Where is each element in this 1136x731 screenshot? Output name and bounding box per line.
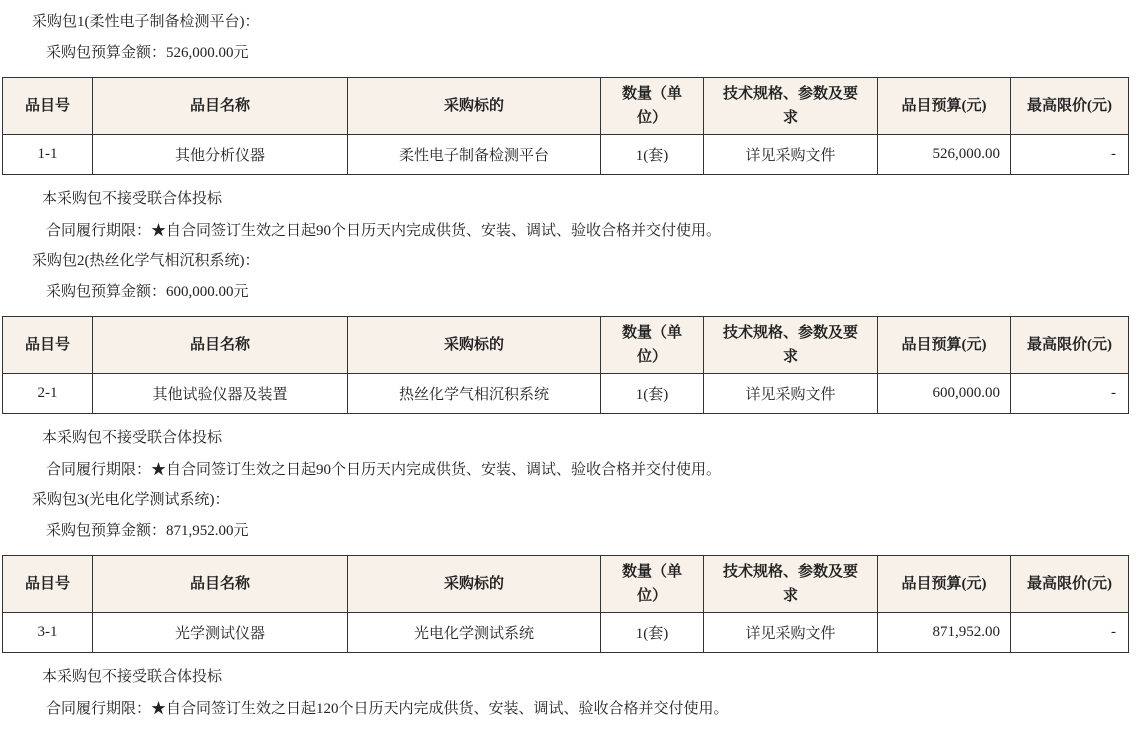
table-header-row: 品目号 品目名称 采购标的 数量（单位） 技术规格、参数及要求 品目预算(元) … bbox=[3, 317, 1129, 374]
cell-max-price: - bbox=[1011, 613, 1129, 653]
col-header-qty: 数量（单位） bbox=[601, 78, 704, 135]
items-table: 品目号 品目名称 采购标的 数量（单位） 技术规格、参数及要求 品目预算(元) … bbox=[2, 555, 1129, 653]
col-header-max-price: 最高限价(元) bbox=[1011, 317, 1129, 374]
table-row: 1-1 其他分析仪器 柔性电子制备检测平台 1(套) 详见采购文件 526,00… bbox=[3, 135, 1129, 175]
table-row: 2-1 其他试验仪器及装置 热丝化学气相沉积系统 1(套) 详见采购文件 600… bbox=[3, 374, 1129, 414]
col-header-subject: 采购标的 bbox=[348, 317, 601, 374]
note-contract-period: 合同履行期限：★自合同签订生效之日起120个日历天内完成供货、安装、调试、验收合… bbox=[46, 699, 1136, 719]
col-header-max-price: 最高限价(元) bbox=[1011, 78, 1129, 135]
note-contract-period: 合同履行期限：★自合同签订生效之日起90个日历天内完成供货、安装、调试、验收合格… bbox=[46, 221, 1136, 241]
col-header-qty: 数量（单位） bbox=[601, 556, 704, 613]
package-title: 采购包2(热丝化学气相沉积系统)： bbox=[32, 251, 1136, 271]
cell-max-price: - bbox=[1011, 374, 1129, 414]
cell-budget: 526,000.00 bbox=[878, 135, 1011, 175]
package-budget: 采购包预算金额：871,952.00元 bbox=[46, 521, 1136, 541]
package-section-3: 采购包3(光电化学测试系统)： 采购包预算金额：871,952.00元 品目号 … bbox=[0, 490, 1136, 719]
note-consortium: 本采购包不接受联合体投标 bbox=[42, 428, 1136, 448]
col-header-budget: 品目预算(元) bbox=[878, 556, 1011, 613]
package-title: 采购包3(光电化学测试系统)： bbox=[32, 490, 1136, 510]
package-title: 采购包1(柔性电子制备检测平台)： bbox=[32, 12, 1136, 32]
cell-spec: 详见采购文件 bbox=[704, 374, 878, 414]
items-table: 品目号 品目名称 采购标的 数量（单位） 技术规格、参数及要求 品目预算(元) … bbox=[2, 316, 1129, 414]
cell-item-no: 2-1 bbox=[3, 374, 93, 414]
cell-qty: 1(套) bbox=[601, 135, 704, 175]
package-budget: 采购包预算金额：526,000.00元 bbox=[46, 43, 1136, 63]
note-consortium: 本采购包不接受联合体投标 bbox=[42, 667, 1136, 687]
cell-max-price: - bbox=[1011, 135, 1129, 175]
col-header-budget: 品目预算(元) bbox=[878, 317, 1011, 374]
table-header-row: 品目号 品目名称 采购标的 数量（单位） 技术规格、参数及要求 品目预算(元) … bbox=[3, 78, 1129, 135]
items-table: 品目号 品目名称 采购标的 数量（单位） 技术规格、参数及要求 品目预算(元) … bbox=[2, 77, 1129, 175]
col-header-subject: 采购标的 bbox=[348, 556, 601, 613]
col-header-spec: 技术规格、参数及要求 bbox=[704, 317, 878, 374]
col-header-item-no: 品目号 bbox=[3, 78, 93, 135]
cell-spec: 详见采购文件 bbox=[704, 135, 878, 175]
col-header-subject: 采购标的 bbox=[348, 78, 601, 135]
cell-budget: 600,000.00 bbox=[878, 374, 1011, 414]
col-header-spec: 技术规格、参数及要求 bbox=[704, 556, 878, 613]
cell-spec: 详见采购文件 bbox=[704, 613, 878, 653]
cell-item-name: 其他试验仪器及装置 bbox=[93, 374, 348, 414]
table-row: 3-1 光学测试仪器 光电化学测试系统 1(套) 详见采购文件 871,952.… bbox=[3, 613, 1129, 653]
col-header-item-name: 品目名称 bbox=[93, 556, 348, 613]
col-header-max-price: 最高限价(元) bbox=[1011, 556, 1129, 613]
cell-qty: 1(套) bbox=[601, 613, 704, 653]
cell-item-name: 光学测试仪器 bbox=[93, 613, 348, 653]
package-section-2: 采购包2(热丝化学气相沉积系统)： 采购包预算金额：600,000.00元 品目… bbox=[0, 251, 1136, 480]
col-header-spec: 技术规格、参数及要求 bbox=[704, 78, 878, 135]
cell-qty: 1(套) bbox=[601, 374, 704, 414]
col-header-item-no: 品目号 bbox=[3, 556, 93, 613]
cell-budget: 871,952.00 bbox=[878, 613, 1011, 653]
cell-item-no: 1-1 bbox=[3, 135, 93, 175]
cell-item-name: 其他分析仪器 bbox=[93, 135, 348, 175]
note-contract-period: 合同履行期限：★自合同签订生效之日起90个日历天内完成供货、安装、调试、验收合格… bbox=[46, 460, 1136, 480]
cell-subject: 热丝化学气相沉积系统 bbox=[348, 374, 601, 414]
col-header-item-no: 品目号 bbox=[3, 317, 93, 374]
cell-subject: 光电化学测试系统 bbox=[348, 613, 601, 653]
cell-item-no: 3-1 bbox=[3, 613, 93, 653]
package-budget: 采购包预算金额：600,000.00元 bbox=[46, 282, 1136, 302]
note-consortium: 本采购包不接受联合体投标 bbox=[42, 189, 1136, 209]
col-header-qty: 数量（单位） bbox=[601, 317, 704, 374]
table-header-row: 品目号 品目名称 采购标的 数量（单位） 技术规格、参数及要求 品目预算(元) … bbox=[3, 556, 1129, 613]
package-section-1: 采购包1(柔性电子制备检测平台)： 采购包预算金额：526,000.00元 品目… bbox=[0, 12, 1136, 241]
col-header-item-name: 品目名称 bbox=[93, 78, 348, 135]
cell-subject: 柔性电子制备检测平台 bbox=[348, 135, 601, 175]
col-header-item-name: 品目名称 bbox=[93, 317, 348, 374]
col-header-budget: 品目预算(元) bbox=[878, 78, 1011, 135]
